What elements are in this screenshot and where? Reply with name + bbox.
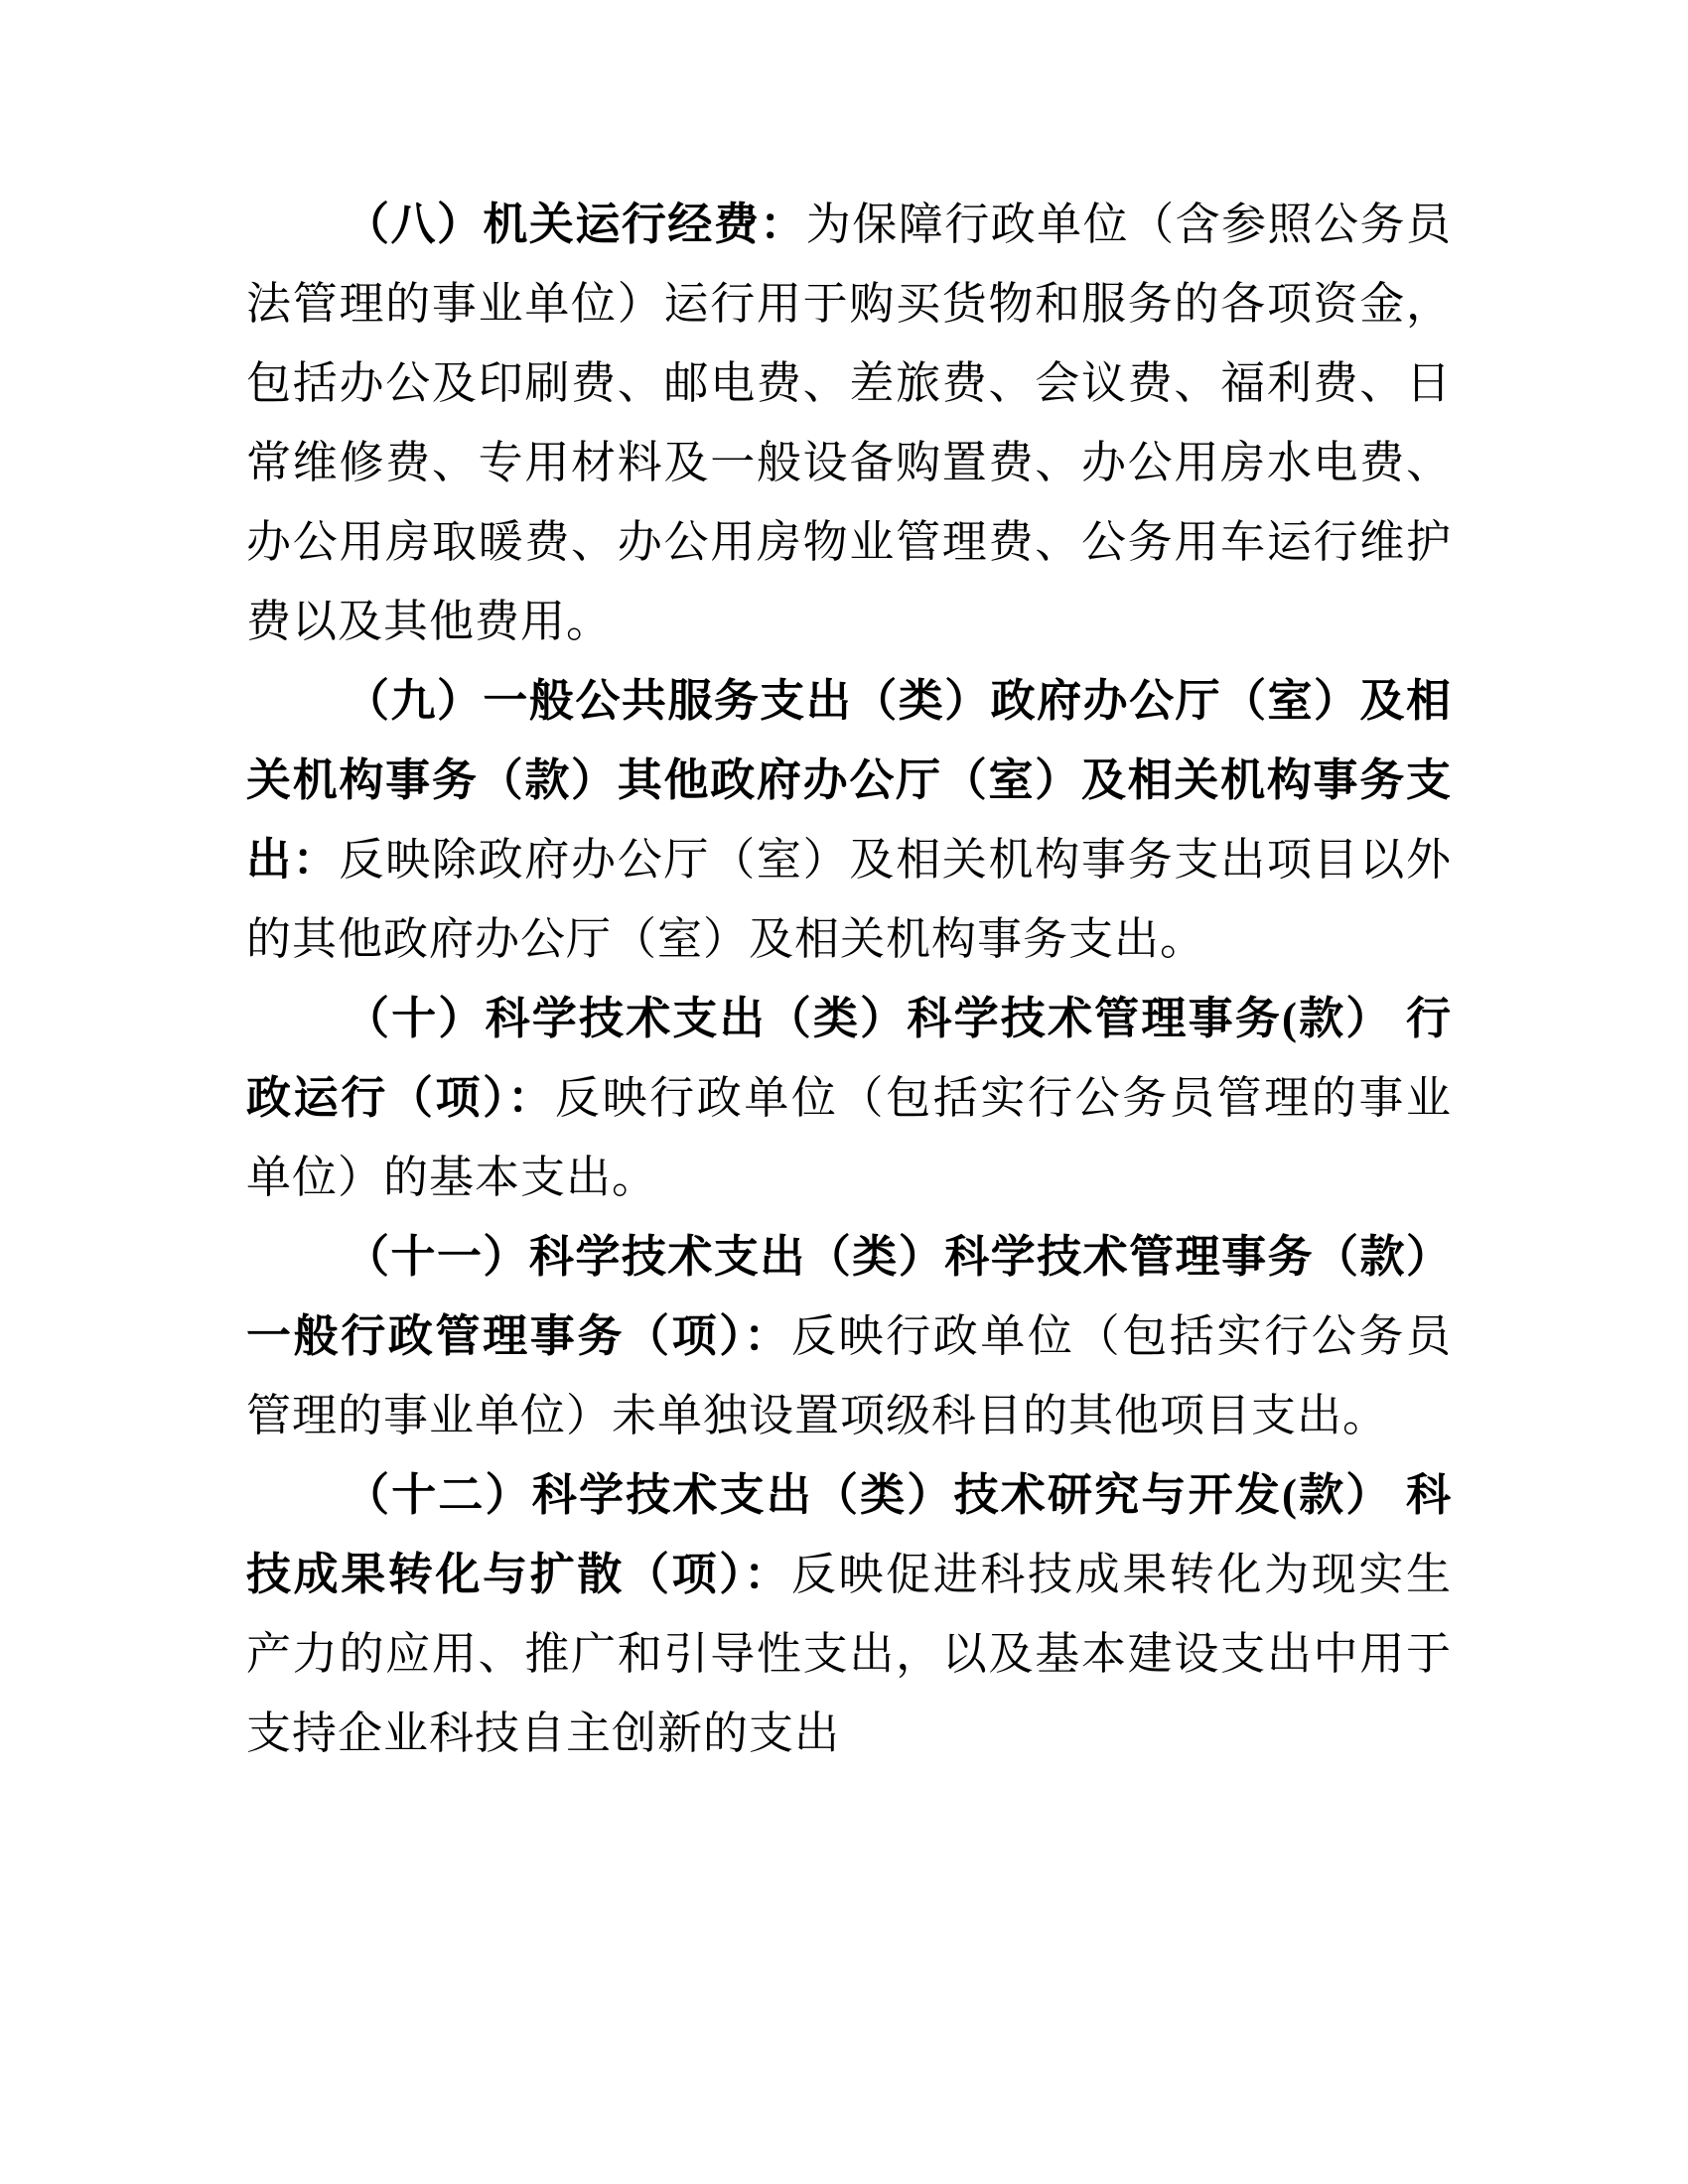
- paragraph-text: 为保障行政单位（含参照公务员法管理的事业单位）运行用于购买货物和服务的各项资金，…: [246, 200, 1452, 646]
- document-body: （八）机关运行经费：为保障行政单位（含参照公务员法管理的事业单位）运行用于购买货…: [246, 185, 1452, 1773]
- paragraph-text: 反映除政府办公厅（室）及相关机构事务支出项目以外的其他政府办公厅（室）及相关机构…: [246, 835, 1452, 964]
- paragraph-item-10: （十）科学技术支出（类）科学技术管理事务(款） 行政运行（项）：反映行政单位（包…: [246, 979, 1452, 1217]
- paragraph-item-11: （十一）科学技术支出（类）科学技术管理事务（款）一般行政管理事务（项）：反映行政…: [246, 1217, 1452, 1455]
- paragraph-item-12: （十二）科学技术支出（类）技术研究与开发(款） 科技成果转化与扩散（项）：反映促…: [246, 1455, 1452, 1773]
- document-page: （八）机关运行经费：为保障行政单位（含参照公务员法管理的事业单位）运行用于购买货…: [0, 0, 1688, 2184]
- paragraph-lead: （八）机关运行经费：: [345, 200, 806, 249]
- paragraph-item-9: （九）一般公共服务支出（类）政府办公厅（室）及相关机构事务（款）其他政府办公厅（…: [246, 661, 1452, 979]
- paragraph-item-8: （八）机关运行经费：为保障行政单位（含参照公务员法管理的事业单位）运行用于购买货…: [246, 185, 1452, 661]
